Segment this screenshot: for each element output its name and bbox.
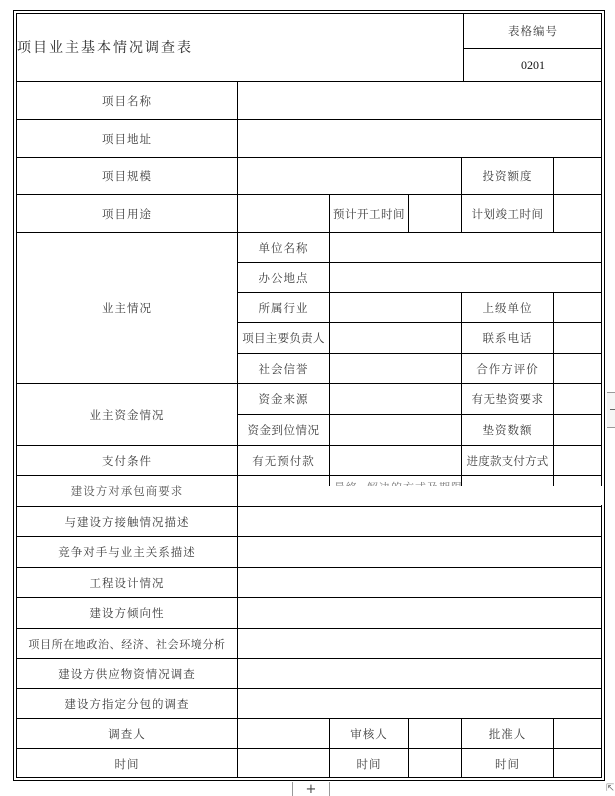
form-number: 0201 (464, 49, 602, 81)
divider (408, 718, 409, 778)
label-owner-funds: 业主资金情况 (17, 384, 237, 445)
label-approver: 批准人 (462, 719, 553, 748)
label-investigator: 调查人 (17, 719, 237, 748)
label-advance-funding-required: 有无垫资要求 (462, 384, 553, 414)
investment-amount-field[interactable] (554, 158, 602, 194)
label-reviewer: 审核人 (330, 719, 408, 748)
project-address-field[interactable] (238, 120, 602, 157)
label-investment-amount: 投资额度 (462, 158, 553, 194)
label-industry: 所属行业 (238, 293, 329, 322)
label-client-preference: 建设方倾向性 (17, 598, 237, 628)
divider (553, 292, 554, 486)
label-superior-unit: 上级单位 (462, 293, 553, 322)
label-design-status: 工程设计情况 (17, 568, 237, 597)
label-contractor-requirements: 建设方对承包商要求 (17, 476, 237, 506)
project-use-field[interactable] (238, 195, 329, 232)
label-owner-info: 业主情况 (17, 233, 237, 383)
clipped-overlay-text: 最终 解决的方式及期限 (330, 476, 552, 486)
label-planned-completion: 计划竣工时间 (462, 195, 553, 232)
label-contact-phone: 联系电话 (462, 323, 553, 353)
add-sheet-button[interactable]: + (292, 782, 330, 796)
label-payment-terms: 支付条件 (17, 446, 237, 475)
label-project-scale: 项目规模 (17, 158, 237, 194)
label-project-address: 项目地址 (17, 120, 237, 157)
label-social-reputation: 社会信誉 (238, 354, 329, 383)
label-project-lead: 项目主要负责人 (238, 323, 329, 353)
label-contact-description: 与建设方接触情况描述 (17, 507, 237, 536)
label-unit-name: 单位名称 (238, 233, 329, 262)
planned-completion-field[interactable] (554, 195, 602, 232)
project-scale-field[interactable] (238, 158, 461, 194)
label-partner-evaluation: 合作方评价 (462, 354, 553, 383)
label-progress-payment-method: 进度款支付方式 (462, 446, 553, 475)
resize-corner-icon[interactable]: ⇱ (606, 783, 614, 794)
label-time-2: 时间 (330, 749, 408, 778)
label-prepayment: 有无预付款 (238, 446, 329, 475)
side-scroll-handle[interactable] (607, 392, 615, 428)
label-planned-start: 预计开工时间 (330, 195, 408, 232)
clipped-text: 最终 解决的方式及期限 (330, 479, 552, 486)
label-advance-amount: 垫资数额 (462, 415, 553, 445)
label-competitor-relations: 竞争对手与业主关系描述 (17, 537, 237, 567)
mask (330, 486, 602, 505)
label-office-location: 办公地点 (238, 263, 329, 292)
project-name-field[interactable] (238, 82, 602, 119)
label-project-name: 项目名称 (17, 82, 237, 119)
label-time-3: 时间 (462, 749, 553, 778)
form-number-label: 表格编号 (464, 13, 602, 48)
label-fund-source: 资金来源 (238, 384, 329, 414)
divider (553, 718, 554, 778)
planned-start-field[interactable] (409, 195, 461, 232)
divider (329, 232, 330, 486)
label-material-supply: 建设方供应物资情况调查 (17, 659, 237, 688)
page-title: 项目业主基本情况调查表 (17, 13, 463, 81)
label-project-use: 项目用途 (17, 195, 237, 232)
label-designated-subcontract: 建设方指定分包的调查 (17, 689, 237, 718)
label-environment-analysis: 项目所在地政治、经济、社会环境分析 (17, 629, 237, 658)
label-fund-availability: 资金到位情况 (238, 415, 329, 445)
label-time-1: 时间 (17, 749, 237, 778)
